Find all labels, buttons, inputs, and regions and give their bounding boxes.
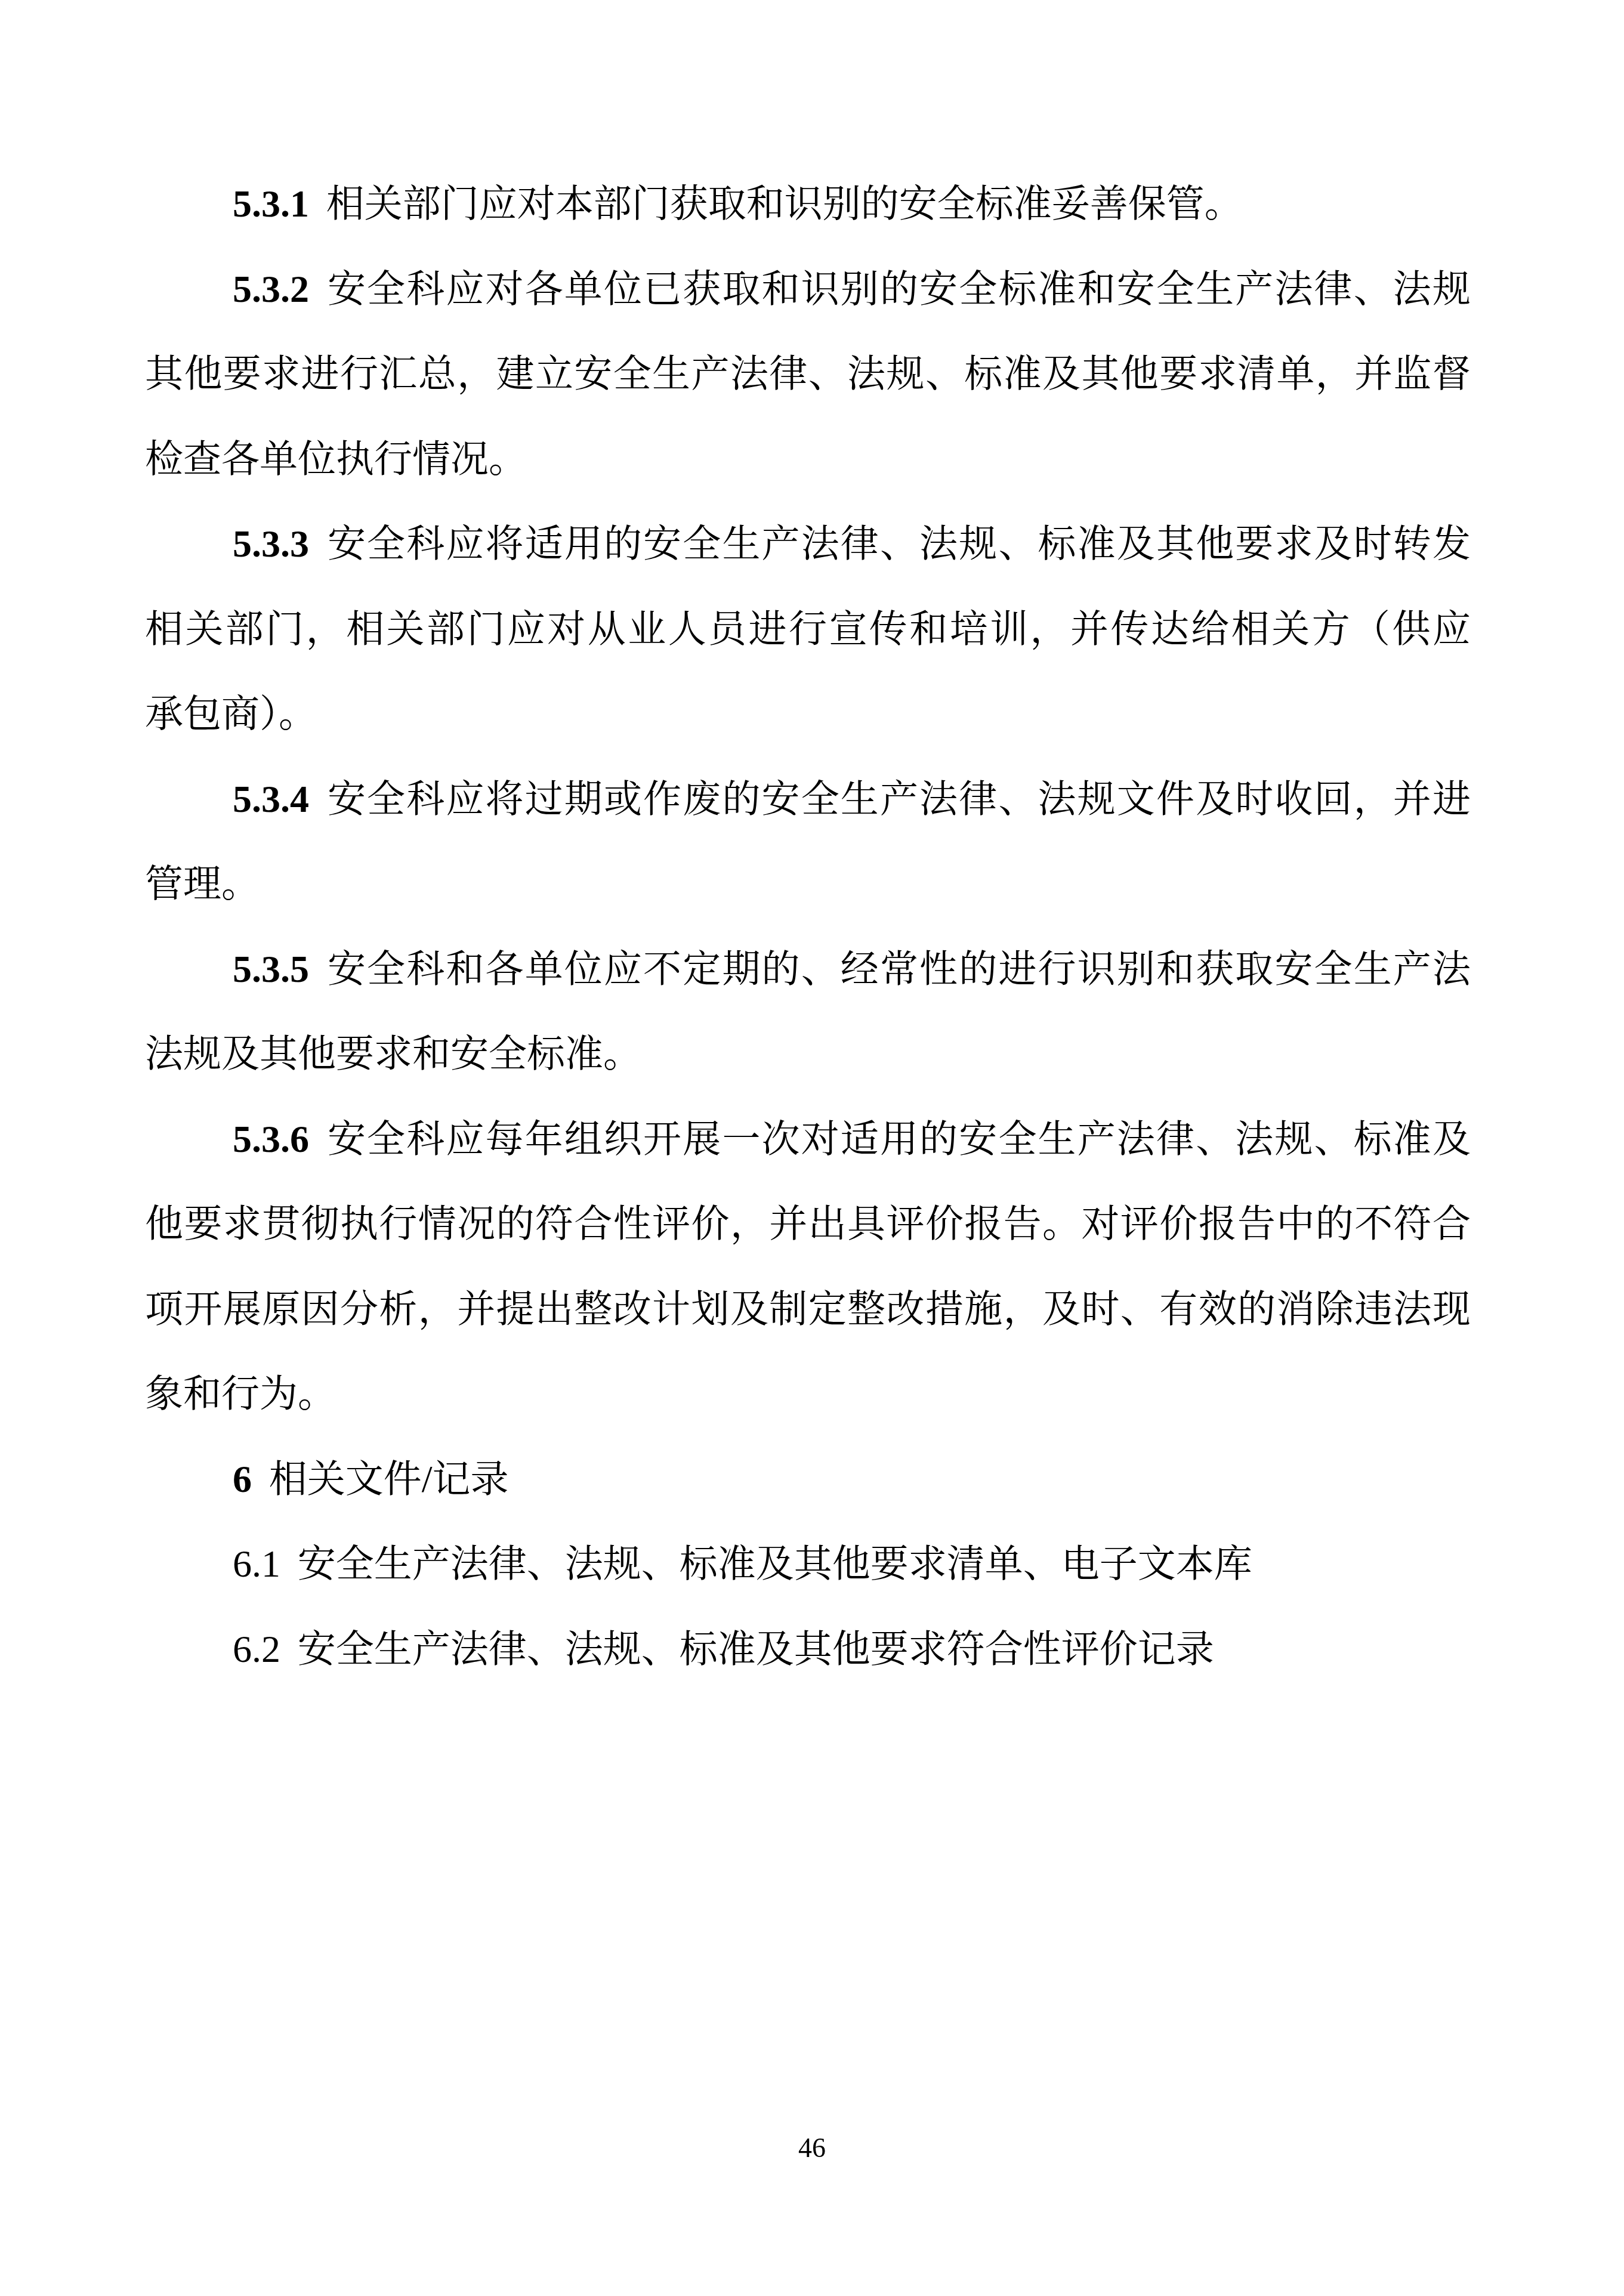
clause-text: 其他要求进行汇总，建立安全生产法律、法规、标准及其他要求清单，并监督	[145, 353, 1471, 395]
clause-text: 相关部门应对本部门获取和识别的安全标准妥善保管。	[326, 183, 1243, 225]
clause-6-1: 6.1安全生产法律、法规、标准及其他要求清单、电子文本库	[145, 1522, 1471, 1607]
clause-text: 象和行为。	[145, 1373, 336, 1415]
heading-number: 6	[233, 1458, 252, 1500]
clause-number: 5.3.6	[233, 1118, 309, 1160]
clause-5-3-3-line-2: 相关部门，相关部门应对从业人员进行宣传和培训，并传达给相关方（供应商、	[145, 587, 1471, 672]
clause-5-3-2-line-1: 5.3.2安全科应对各单位已获取和识别的安全标准和安全生产法律、法规及	[145, 247, 1471, 332]
clause-text: 他要求贯彻执行情况的符合性评价，并出具评价报告。对评价报告中的不符合	[145, 1203, 1471, 1245]
document-page: 5.3.1相关部门应对本部门获取和识别的安全标准妥善保管。 5.3.2安全科应对…	[0, 0, 1624, 2296]
clause-5-3-4-line-1: 5.3.4安全科应将过期或作废的安全生产法律、法规文件及时收回，并进行	[145, 757, 1471, 842]
clause-number: 6.2	[233, 1628, 280, 1670]
clause-text: 安全生产法律、法规、标准及其他要求符合性评价记录	[298, 1628, 1214, 1670]
clause-5-3-6-line-2: 他要求贯彻执行情况的符合性评价，并出具评价报告。对评价报告中的不符合	[145, 1182, 1471, 1267]
clause-text: 安全科应将过期或作废的安全生产法律、法规文件及时收回，并进行	[145, 778, 1471, 842]
clause-text: 安全科和各单位应不定期的、经常性的进行识别和获取安全生产法律、	[145, 948, 1471, 1012]
clause-number: 5.3.3	[233, 523, 309, 565]
clause-5-3-1: 5.3.1相关部门应对本部门获取和识别的安全标准妥善保管。	[145, 162, 1471, 247]
clause-5-3-2-line-3: 检查各单位执行情况。	[145, 417, 1471, 502]
clause-text: 法规及其他要求和安全标准。	[145, 1033, 641, 1075]
document-body: 5.3.1相关部门应对本部门获取和识别的安全标准妥善保管。 5.3.2安全科应对…	[145, 162, 1471, 1692]
clause-number: 5.3.4	[233, 778, 309, 820]
clause-text: 安全生产法律、法规、标准及其他要求清单、电子文本库	[298, 1543, 1252, 1585]
clause-6-2: 6.2安全生产法律、法规、标准及其他要求符合性评价记录	[145, 1607, 1471, 1692]
heading-6: 6相关文件/记录	[145, 1437, 1471, 1522]
clause-5-3-3-line-1: 5.3.3安全科应将适用的安全生产法律、法规、标准及其他要求及时转发给	[145, 502, 1471, 587]
clause-text: 检查各单位执行情况。	[145, 438, 527, 480]
clause-number: 5.3.5	[233, 948, 309, 990]
clause-5-3-6-line-1: 5.3.6安全科应每年组织开展一次对适用的安全生产法律、法规、标准及其	[145, 1097, 1471, 1182]
clause-5-3-2-line-2: 其他要求进行汇总，建立安全生产法律、法规、标准及其他要求清单，并监督	[145, 332, 1471, 417]
clause-5-3-5-line-1: 5.3.5安全科和各单位应不定期的、经常性的进行识别和获取安全生产法律、	[145, 927, 1471, 1012]
clause-5-3-6-line-4: 象和行为。	[145, 1352, 1471, 1437]
clause-number: 6.1	[233, 1543, 280, 1585]
clause-text: 承包商）。	[145, 693, 317, 735]
clause-text: 相关部门，相关部门应对从业人员进行宣传和培训，并传达给相关方（供应商、	[145, 608, 1471, 672]
clause-5-3-4-line-2: 管理。	[145, 842, 1471, 927]
page-number: 46	[0, 2134, 1624, 2162]
clause-number: 5.3.2	[233, 268, 309, 310]
clause-5-3-3-line-3: 承包商）。	[145, 672, 1471, 757]
clause-5-3-5-line-2: 法规及其他要求和安全标准。	[145, 1012, 1471, 1097]
clause-text: 管理。	[145, 863, 260, 905]
clause-text: 安全科应对各单位已获取和识别的安全标准和安全生产法律、法规及	[145, 268, 1471, 332]
clause-text: 安全科应每年组织开展一次对适用的安全生产法律、法规、标准及其	[145, 1118, 1471, 1182]
clause-5-3-6-line-3: 项开展原因分析，并提出整改计划及制定整改措施，及时、有效的消除违法现	[145, 1267, 1471, 1352]
heading-text: 相关文件/记录	[269, 1458, 509, 1500]
clause-text: 项开展原因分析，并提出整改计划及制定整改措施，及时、有效的消除违法现	[145, 1288, 1471, 1330]
clause-number: 5.3.1	[233, 183, 309, 225]
clause-text: 安全科应将适用的安全生产法律、法规、标准及其他要求及时转发给	[145, 523, 1471, 587]
